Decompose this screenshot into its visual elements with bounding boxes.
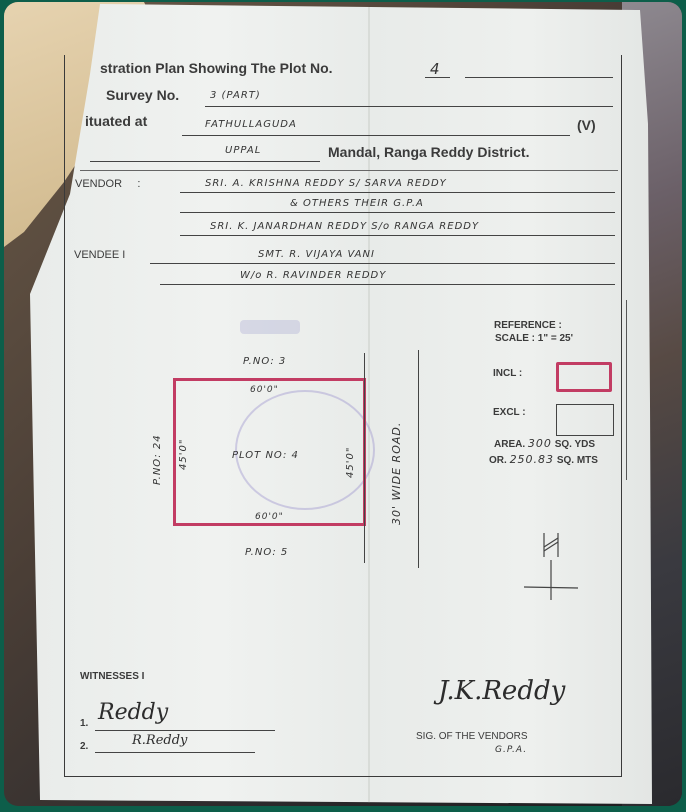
- incl-label: INCL :: [493, 368, 522, 379]
- road-edge-left: [364, 353, 365, 563]
- situated-value: FATHULLAGUDA: [205, 119, 297, 130]
- witness-1-number: 1.: [80, 718, 88, 729]
- west-plot-label: P.NO: 24: [152, 434, 163, 485]
- rule: [180, 212, 615, 213]
- vendor-line-1: SRI. A. KRISHNA REDDY S/ SARVA REDDY: [205, 178, 447, 189]
- mandal-label: Mandal, Ranga Reddy District.: [328, 144, 529, 160]
- rule: [160, 284, 615, 285]
- north-plot-label: P.NO: 3: [243, 356, 286, 367]
- rule: [180, 235, 615, 236]
- top-dimension: 60'0": [250, 385, 279, 395]
- area-sq-mts-row: OR. 250.83 SQ. MTS: [489, 453, 598, 466]
- header-divider: [80, 170, 618, 171]
- left-dimension: 45'0": [178, 439, 189, 470]
- incl-legend-swatch: [556, 362, 612, 392]
- bottom-dimension: 60'0": [255, 512, 284, 522]
- vendor-label: VENDOR :: [75, 178, 140, 190]
- excl-legend-swatch: [556, 404, 614, 436]
- rule: [205, 106, 613, 107]
- rule: [465, 77, 613, 78]
- area-sq-yds-row: AREA. 300 SQ. YDS: [494, 437, 595, 450]
- area-sq-mts-unit: SQ. MTS: [557, 455, 598, 466]
- vendor-signature: J.K.Reddy: [438, 676, 565, 706]
- area-sq-yds-value: 300: [528, 437, 552, 450]
- stamp-mark: [240, 320, 300, 334]
- area-sq-yds-unit: SQ. YDS: [555, 439, 595, 450]
- rule: [150, 263, 615, 264]
- plot-number-label: PLOT NO: 4: [232, 450, 299, 461]
- village-suffix: (V): [577, 117, 596, 133]
- survey-label: Survey No.: [106, 87, 179, 103]
- vendee-line-1: SMT. R. VIJAYA VANI: [258, 249, 375, 260]
- rule: [180, 192, 615, 193]
- north-arrow-icon: [520, 525, 580, 600]
- witness-2-number: 2.: [80, 741, 88, 752]
- vendor-line-3: SRI. K. JANARDHAN REDDY S/o RANGA REDDY: [210, 221, 479, 232]
- rule: [95, 752, 255, 753]
- south-plot-label: P.NO: 5: [245, 547, 288, 558]
- vendee-line-2: W/o R. RAVINDER REDDY: [240, 270, 386, 281]
- road-edge-right: [418, 350, 419, 568]
- right-dimension: 45'0": [345, 447, 356, 478]
- witness-1-signature: Reddy: [98, 700, 168, 725]
- rule: [425, 77, 450, 78]
- reference-heading: REFERENCE :: [494, 320, 562, 331]
- survey-value: 3 (PART): [210, 90, 261, 101]
- area-sq-mts-value: 250.83: [510, 453, 555, 466]
- road-label: 30' WIDE ROAD.: [390, 422, 403, 525]
- rule: [95, 730, 275, 731]
- rule: [90, 161, 320, 162]
- excl-label: EXCL :: [493, 407, 526, 418]
- plan-title: stration Plan Showing The Plot No.: [100, 60, 333, 76]
- reference-divider: [626, 300, 627, 480]
- scale-label: SCALE : 1" = 25': [495, 333, 573, 344]
- area-label: AREA.: [494, 439, 525, 450]
- witnesses-label: WITNESSES I: [80, 671, 144, 682]
- vendor-signature-sub: G.P.A.: [495, 745, 527, 755]
- rule: [182, 135, 570, 136]
- witness-2-signature: R.Reddy: [132, 733, 187, 748]
- vendee-label: VENDEE I: [74, 249, 125, 261]
- plot-no-value: 4: [430, 60, 441, 78]
- vendor-line-2: & OTHERS THEIR G.P.A: [290, 198, 424, 209]
- area-or-label: OR.: [489, 455, 507, 466]
- mandal-value: UPPAL: [225, 145, 261, 156]
- vendor-signature-label: SIG. OF THE VENDORS: [416, 731, 528, 742]
- situated-label: ituated at: [85, 113, 147, 129]
